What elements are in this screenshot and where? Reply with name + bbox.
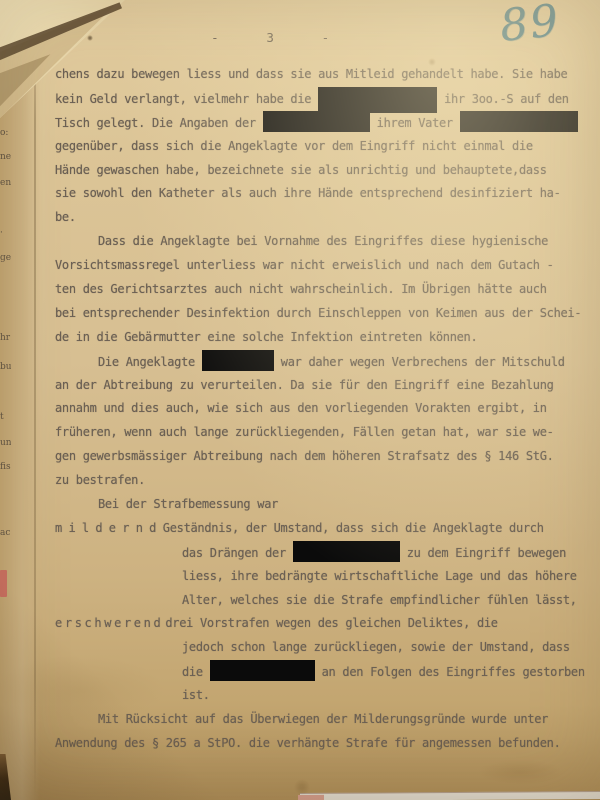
text-line: Mit Rücksicht auf das Überwiegen der Mil… xyxy=(55,708,595,732)
text-segment: ihrem Vater xyxy=(370,116,460,130)
text-segment: Bei der Strafbemessung war xyxy=(98,497,278,511)
edge-text-fragment: ge xyxy=(0,253,11,263)
text-line: Tisch gelegt. Die Angaben der ihrem Vate… xyxy=(55,111,595,135)
handwritten-folio-number: 89 xyxy=(497,0,562,52)
text-segment: Dass die Angeklagte bei Vornahme des Ein… xyxy=(98,234,548,248)
text-line: liess, ihre bedrängte wirtschaftliche La… xyxy=(55,565,595,589)
text-line: be. xyxy=(55,206,595,230)
text-segment: an den Folgen des Eingriffes gestorben xyxy=(315,665,585,679)
redaction-bar xyxy=(318,87,437,108)
text-line: sie sowohl den Katheter als auch ihre Hä… xyxy=(55,182,595,206)
text-segment: das Drängen der xyxy=(182,546,293,560)
text-line: das Drängen der zu dem Eingriff bewegen xyxy=(55,541,595,565)
redaction-bar xyxy=(202,350,274,371)
edge-text-fragment: en xyxy=(0,178,11,188)
edge-text-fragment: o: xyxy=(0,128,11,138)
edge-text-fragment: t xyxy=(0,412,11,422)
text-line: ten des Gerichtsarztes auch nicht wahrsc… xyxy=(55,278,595,302)
text-line: bei entsprechender Desinfektion durch Ei… xyxy=(55,302,595,326)
text-segment: früheren, wenn auch lange zurückliegende… xyxy=(55,425,554,439)
document-body: chens dazu bewegen liess und dass sie au… xyxy=(55,63,595,756)
text-segment: gegenüber, dass sich die Angeklagte vor … xyxy=(55,139,533,153)
text-line: Hände gewaschen habe, bezeichnete sie al… xyxy=(55,159,595,183)
text-segment: Anwendung des § 265 a StPO. die verhängt… xyxy=(55,736,561,750)
text-line: Vorsichtsmassregel unterliess war nicht … xyxy=(55,254,595,278)
text-segment: e r s c h w e r e n d xyxy=(55,616,158,630)
text-line: früheren, wenn auch lange zurückliegende… xyxy=(55,421,595,445)
text-line: ist. xyxy=(55,684,595,708)
text-segment: m i l d e r n d xyxy=(55,521,156,535)
edge-text-fragment: ne xyxy=(0,152,11,162)
redaction-bar xyxy=(293,541,400,562)
text-segment: Mit Rücksicht auf das Überwiegen der Mil… xyxy=(98,712,548,726)
text-segment: bei entsprechender Desinfektion durch Ei… xyxy=(55,306,581,320)
text-segment: be. xyxy=(55,210,76,224)
text-line: m i l d e r n d Geständnis, der Umstand,… xyxy=(55,517,595,541)
text-line: de in die Gebärmutter eine solche Infekt… xyxy=(55,326,595,350)
text-line: annahm und dies auch, wie sich aus den v… xyxy=(55,397,595,421)
text-line: gegenüber, dass sich die Angeklagte vor … xyxy=(55,135,595,159)
text-line: jedoch schon lange zurückliegen, sowie d… xyxy=(55,636,595,660)
redaction-bar xyxy=(263,111,370,132)
text-segment: war daher wegen Verbrechens der Mitschul… xyxy=(274,355,565,369)
text-line: an der Abtreibung zu verurteilen. Da sie… xyxy=(55,374,595,398)
text-segment: annahm und dies auch, wie sich aus den v… xyxy=(55,401,547,415)
text-segment: de in die Gebärmutter eine solche Infekt… xyxy=(55,330,477,344)
redaction-bar xyxy=(460,111,578,132)
text-segment: jedoch schon lange zurückliegen, sowie d… xyxy=(182,640,570,654)
text-segment: die xyxy=(182,665,210,679)
header-dash-right: - xyxy=(322,30,329,45)
text-line: kein Geld verlangt, vielmehr habe die ih… xyxy=(55,87,595,111)
text-segment: ist. xyxy=(182,688,210,702)
bottom-strip-pink-tint xyxy=(298,795,324,800)
text-segment: gen gewerbsmässiger Abtreibung nach dem … xyxy=(55,449,554,463)
text-line: Dass die Angeklagte bei Vornahme des Ein… xyxy=(55,230,595,254)
text-segment: sie sowohl den Katheter als auch ihre Hä… xyxy=(55,186,561,200)
text-segment: zu dem Eingriff bewegen xyxy=(400,546,566,560)
text-segment: ihr 3oo.-S auf den xyxy=(437,92,569,106)
text-segment: kein Geld verlangt, vielmehr habe die xyxy=(55,92,318,106)
text-line: die an den Folgen des Eingriffes gestorb… xyxy=(55,660,595,684)
edge-text-fragment: bu xyxy=(0,362,11,372)
text-segment: Die Angeklagte xyxy=(98,355,202,369)
edge-text-fragment: · xyxy=(0,228,11,238)
edge-text-fragment: ac xyxy=(0,528,11,538)
scanned-page: Si:o:neen·gehrbutunfisac 89 - 3 - chens … xyxy=(0,0,600,800)
text-segment: ten des Gerichtsarztes auch nicht wahrsc… xyxy=(55,282,547,296)
text-line: Alter, welches sie die Strafe empfindlic… xyxy=(55,589,595,613)
page-number: 3 xyxy=(266,30,273,45)
page-header: - 3 - xyxy=(55,30,485,45)
text-segment: zu bestrafen. xyxy=(55,473,145,487)
text-line: Die Angeklagte war daher wegen Verbreche… xyxy=(55,350,595,374)
text-segment: Alter, welches sie die Strafe empfindlic… xyxy=(182,593,577,607)
text-line: chens dazu bewegen liess und dass sie au… xyxy=(55,63,595,87)
text-segment: an der Abtreibung zu verurteilen. Da sie… xyxy=(55,378,554,392)
text-line: Anwendung des § 265 a StPO. die verhängt… xyxy=(55,732,595,756)
text-line: gen gewerbsmässiger Abtreibung nach dem … xyxy=(55,445,595,469)
text-segment: chens dazu bewegen liess und dass sie au… xyxy=(55,67,567,81)
text-line: Bei der Strafbemessung war xyxy=(55,493,595,517)
text-segment: Vorsichtsmassregel unterliess war nicht … xyxy=(55,258,554,272)
text-line: e r s c h w e r e n d drei Vorstrafen we… xyxy=(55,612,595,636)
page-edge-crease xyxy=(34,0,36,800)
text-segment: Tisch gelegt. Die Angaben der xyxy=(55,116,263,130)
text-segment: Hände gewaschen habe, bezeichnete sie al… xyxy=(55,163,547,177)
edge-text-fragment: un xyxy=(0,438,11,448)
text-segment: Geständnis, der Umstand, dass sich die A… xyxy=(156,521,544,535)
edge-text-fragment: hr xyxy=(0,333,11,343)
bottom-scan-strip xyxy=(300,791,600,800)
edge-text-fragment: fis xyxy=(0,462,11,472)
text-segment: liess, ihre bedrängte wirtschaftliche La… xyxy=(182,569,577,583)
text-line: zu bestrafen. xyxy=(55,469,595,493)
header-dash-left: - xyxy=(211,30,218,45)
redaction-bar xyxy=(210,660,315,681)
pink-paper-sliver xyxy=(0,570,7,597)
text-segment: drei Vorstrafen wegen des gleichen Delik… xyxy=(158,616,497,630)
